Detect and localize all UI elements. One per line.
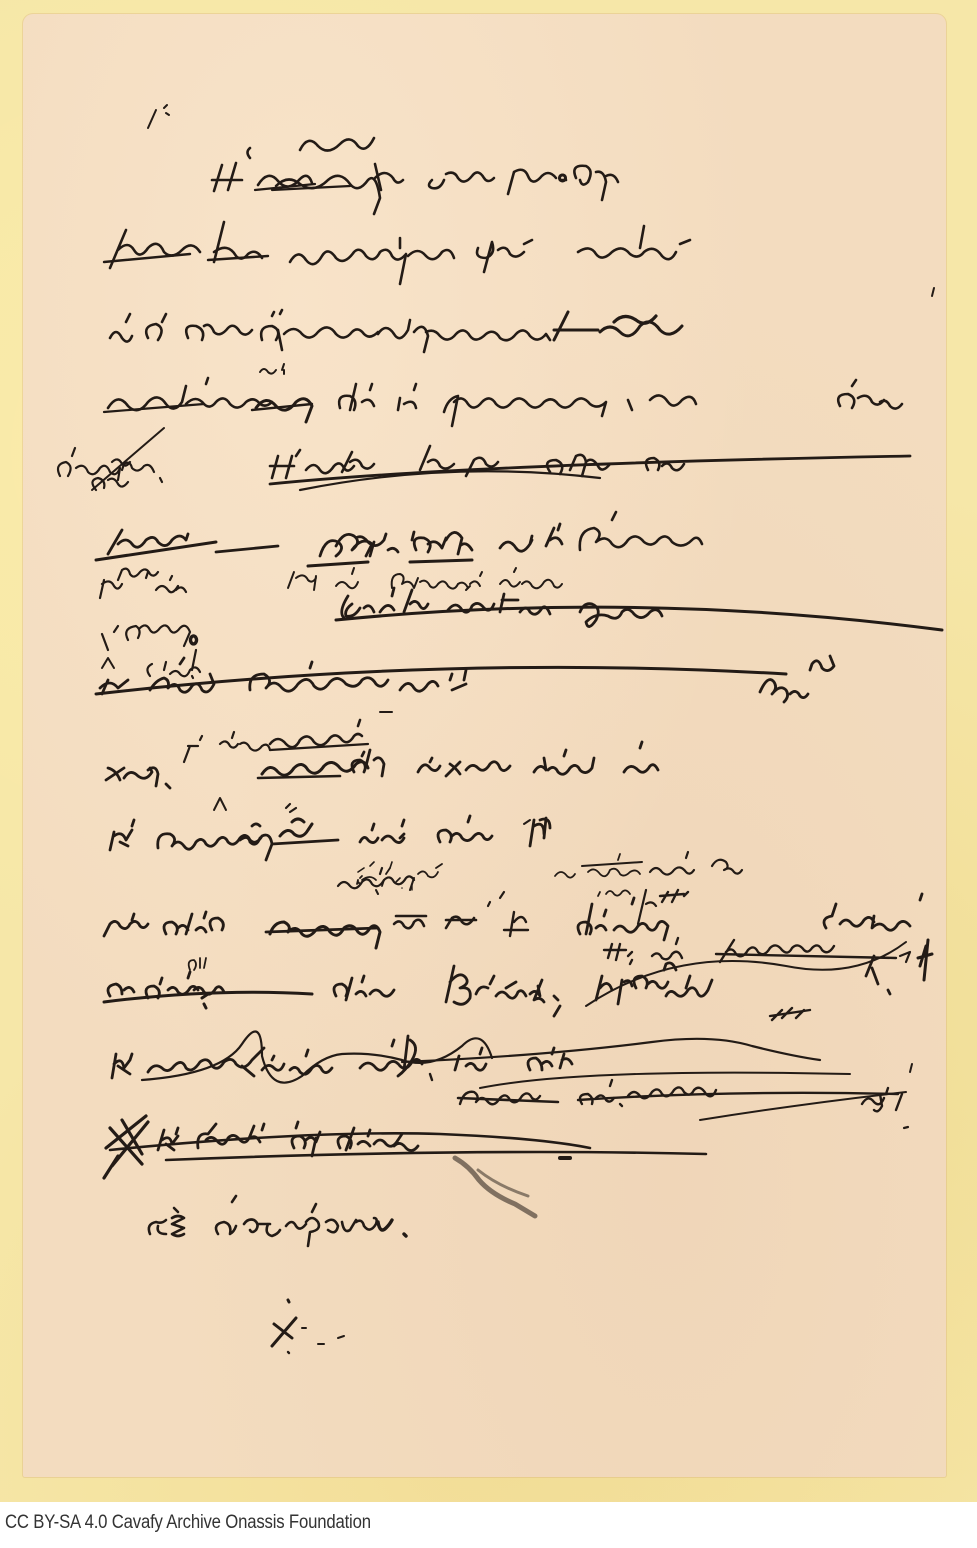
line-10 (110, 804, 550, 860)
margin-note-left (58, 428, 164, 490)
insert-line-11 (338, 852, 742, 924)
line-1 (212, 138, 618, 214)
line-4 (104, 364, 902, 426)
line-6 (96, 512, 702, 566)
margin-note-left-2 (100, 569, 200, 678)
line-8 (96, 656, 834, 712)
line-2 (104, 222, 690, 284)
line-3 (110, 288, 934, 352)
line-15 (149, 1196, 406, 1246)
line-11 (104, 892, 922, 948)
line-14 (104, 1116, 706, 1216)
line-12 (104, 942, 906, 1020)
handwriting-ink (0, 0, 977, 1502)
license-caption: CC BY-SA 4.0 Cavafy Archive Onassis Foun… (5, 1512, 371, 1534)
insert-line-7 (288, 568, 562, 590)
end-mark (272, 1300, 344, 1353)
line-5 (270, 446, 910, 490)
line-13 (112, 1032, 912, 1089)
insert-line-9 (184, 720, 368, 762)
line-7 (336, 588, 942, 630)
insert-line-14 (458, 1080, 908, 1128)
